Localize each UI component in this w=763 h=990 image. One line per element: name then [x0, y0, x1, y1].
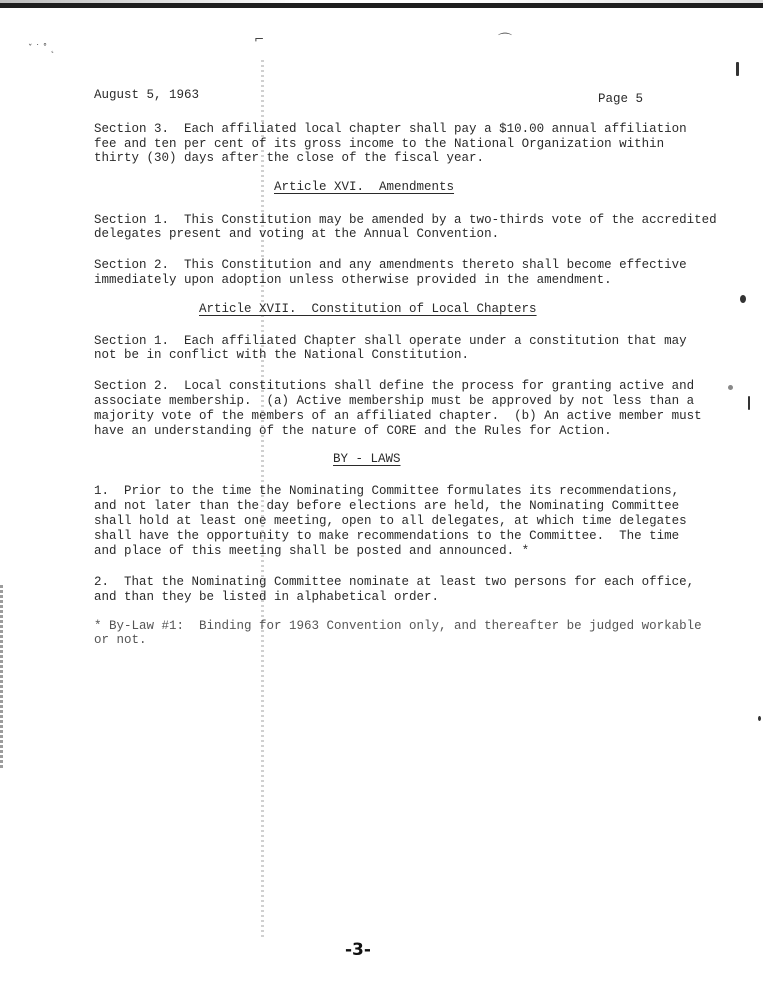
scan-speck [748, 396, 750, 410]
bylaws-heading: BY - LAWS [333, 452, 401, 467]
article-xvi-heading: Article XVI. Amendments [274, 180, 454, 195]
paragraph-line: not be in conflict with the National Con… [94, 348, 469, 363]
paragraph-line: Section 1. This Constitution may be amen… [94, 213, 717, 228]
scan-speck: ⌐ [254, 32, 264, 46]
paragraph-line: shall hold at least one meeting, open to… [94, 514, 687, 529]
scan-edge-left [0, 585, 3, 770]
paragraph-line: have an understanding of the nature of C… [94, 424, 612, 439]
paragraph-line: * By-Law #1: Binding for 1963 Convention… [94, 619, 702, 634]
scan-speck: ⌒ [498, 30, 512, 50]
paragraph-line: Section 1. Each affiliated Chapter shall… [94, 334, 687, 349]
scan-speck [758, 716, 761, 721]
handwritten-page-number: -3- [345, 940, 371, 960]
scan-speck [728, 385, 733, 390]
paragraph-line: and place of this meeting shall be poste… [94, 544, 529, 559]
paragraph-line: delegates present and voting at the Annu… [94, 227, 499, 242]
paragraph-line: fee and ten per cent of its gross income… [94, 137, 664, 152]
scan-edge-top [0, 3, 763, 8]
paragraph-line: 1. Prior to the time the Nominating Comm… [94, 484, 679, 499]
paragraph-line: thirty (30) days after the close of the … [94, 151, 484, 166]
paragraph-line: majority vote of the members of an affil… [94, 409, 702, 424]
article-xvii-heading: Article XVII. Constitution of Local Chap… [199, 302, 537, 317]
paragraph-line: Section 2. Local constitutions shall def… [94, 379, 694, 394]
paragraph-line: Section 2. This Constitution and any ame… [94, 258, 687, 273]
scan-speck [740, 295, 746, 303]
paragraph-line: 2. That the Nominating Committee nominat… [94, 575, 694, 590]
scan-speck: ˇ ˙ ˚ ˛ [28, 44, 55, 54]
paragraph-line: immediately upon adoption unless otherwi… [94, 273, 612, 288]
paragraph-line: shall have the opportunity to make recom… [94, 529, 679, 544]
paragraph-line: Section 3. Each affiliated local chapter… [94, 122, 687, 137]
paragraph-line: associate membership. (a) Active members… [94, 394, 694, 409]
document-date: August 5, 1963 [94, 88, 199, 102]
paragraph-line: and than they be listed in alphabetical … [94, 590, 439, 605]
paragraph-line: and not later than the day before electi… [94, 499, 679, 514]
page-label: Page 5 [598, 92, 643, 106]
scan-speck [736, 62, 739, 76]
paragraph-line: or not. [94, 633, 147, 648]
